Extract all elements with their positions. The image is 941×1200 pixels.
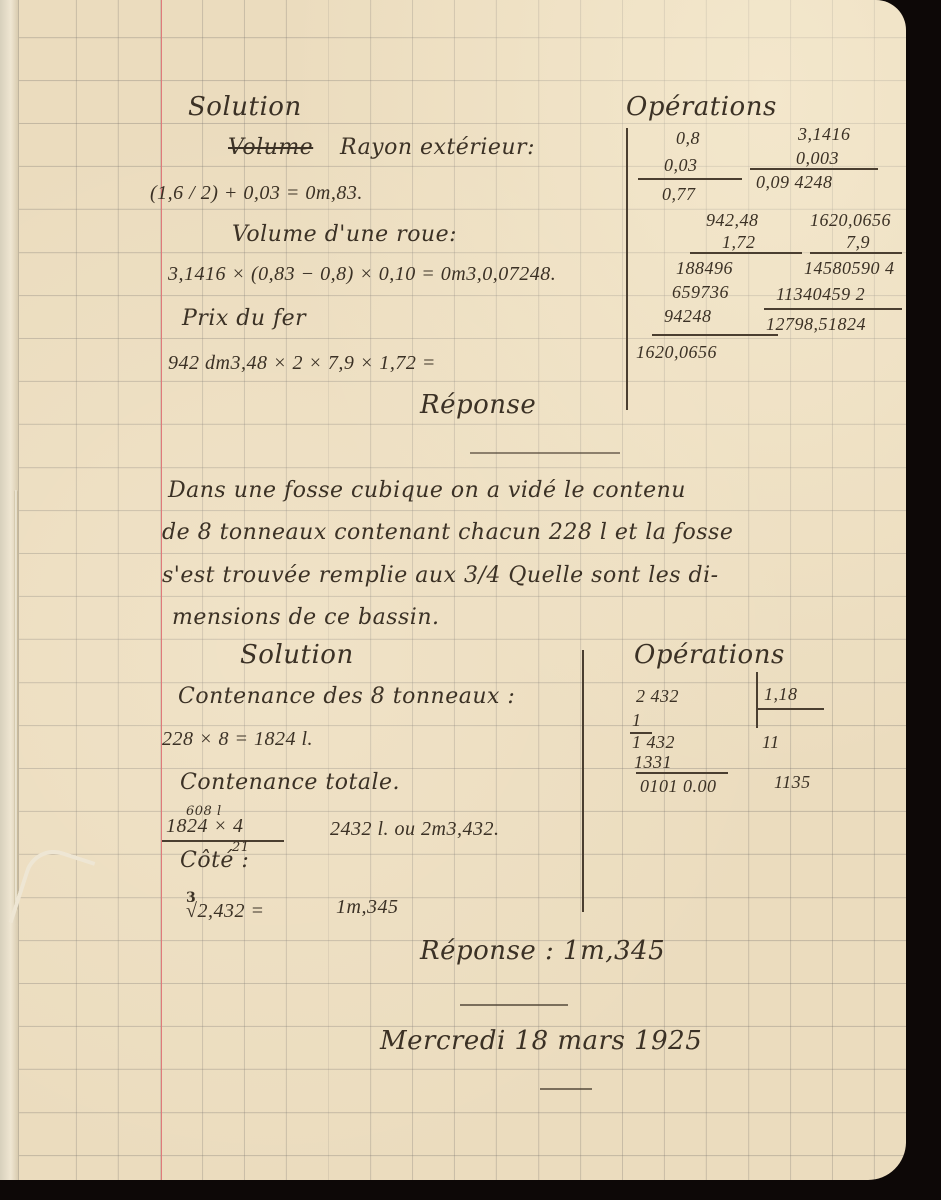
op-value: 1135 [774,772,811,793]
root-result: 1m,345 [336,896,398,919]
fraction-bar [162,840,284,842]
op-result: 12798,51824 [766,314,866,335]
op-result: 0,77 [662,184,696,205]
date-line: Mercredi 18 mars 1925 [380,1026,702,1056]
statement-line: de 8 tonneaux contenant chacun 228 l et … [162,520,733,545]
statement-line: mensions de ce bassin. [172,605,439,630]
operations-divider-1 [626,128,628,410]
reponse-1: Réponse [420,390,536,420]
op-rule [638,178,742,180]
statement-line: Dans une fosse cubique on a vidé le cont… [168,478,686,503]
cote-small-note: 21 [232,840,250,855]
separator-line [470,452,620,454]
prix-label: Prix du fer [182,306,306,331]
op-rule [810,252,902,254]
rayon-label: Rayon extérieur: [340,135,535,160]
rayon-formula: (1,6 / 2) + 0,03 = 0m,83. [150,182,363,205]
struck-word: Volume [228,135,313,160]
totale-result: 2432 l. ou 2m3,432. [330,818,500,841]
separator-line [460,1004,568,1006]
op-value: 1,18 [764,684,798,705]
op-rule [636,772,728,774]
op-value: 0,003 [796,148,839,169]
op-value: 11 [762,732,780,753]
contenance-label: Contenance des 8 tonneaux : [178,684,515,709]
red-margin-line [161,0,162,1180]
op-value: 0,8 [676,128,700,149]
op-value: 1620,0656 [810,210,891,231]
operations-heading-1: Opérations [626,92,777,122]
operations-heading-2: Opérations [634,640,785,670]
prix-formula: 942 dm3,48 × 2 × 7,9 × 1,72 = [168,352,436,375]
op-value: 1,72 [722,232,756,253]
op-partial: 14580590 4 [804,258,895,279]
op-rule [750,168,878,170]
binding-thread [9,842,96,942]
op-value: 1 432 [632,732,675,753]
op-rule [764,308,902,310]
operations-divider-2 [582,650,584,912]
op-partial: 11340459 2 [776,284,865,305]
op-partial: 188496 [676,258,733,279]
binding-stitch [14,490,18,910]
op-value: 1331 [634,752,672,773]
contenance-formula: 228 × 8 = 1824 l. [162,728,313,751]
op-rule [652,334,778,336]
reponse-2: Réponse : 1m,345 [420,936,665,966]
statement-line: s'est trouvée remplie aux 3/4 Quelle son… [162,563,719,588]
op-rule [690,252,802,254]
op-value: 0101 0.00 [640,776,717,797]
op-partial: 659736 [672,282,729,303]
op-result: 1620,0656 [636,342,717,363]
op-result: 0,09 4248 [756,172,833,193]
solution-heading-2: Solution [240,640,354,670]
notebook-page: Solution Volume Rayon extérieur: (1,6 / … [0,0,906,1180]
op-value: 942,48 [706,210,759,231]
solution-heading-1: Solution [188,92,302,122]
separator-line [540,1088,592,1090]
root-divider [756,672,758,728]
op-rule [758,708,824,710]
volume-formula: 3,1416 × (0,83 − 0,8) × 0,10 = 0m3,0,072… [168,263,556,286]
op-partial: 94248 [664,306,712,327]
op-value: 1 [632,710,642,731]
op-value: 0,03 [664,155,698,176]
totale-numerator: 1824 × 4 [166,815,244,838]
op-value: 2 432 [636,686,679,707]
op-value: 3,1416 [798,124,851,145]
volume-label: Volume d'une roue: [232,222,457,247]
op-value: 7,9 [846,232,870,253]
totale-label: Contenance totale. [180,770,400,795]
root-formula: √2,432 = [186,900,264,923]
